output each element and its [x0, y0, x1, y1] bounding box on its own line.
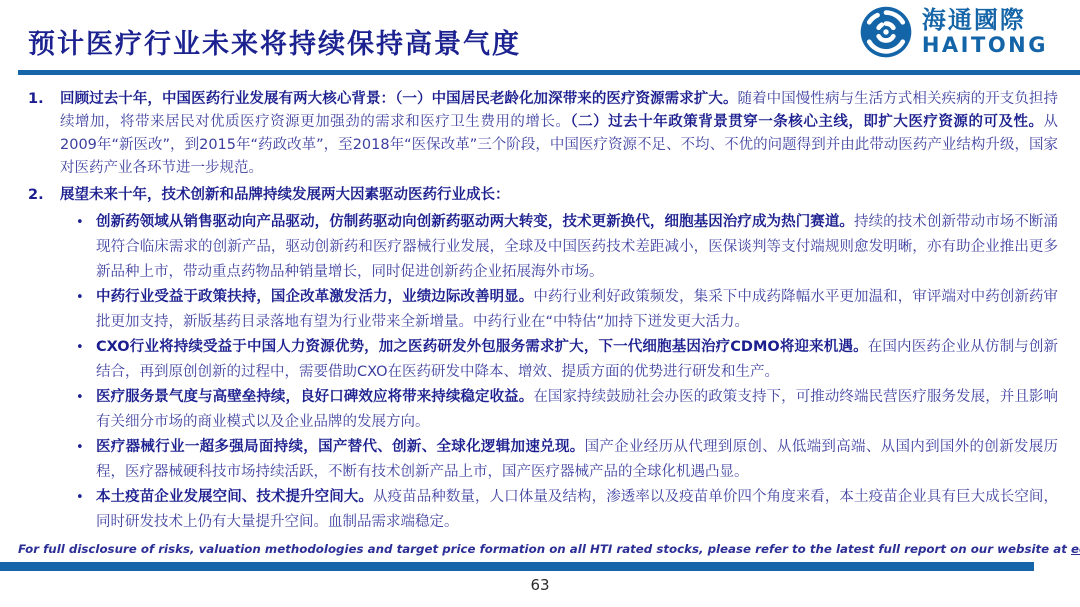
item-body: 展望未来十年，技术创新和品牌持续发展两大因素驱动医药行业成长：•创新药领域从销售…	[60, 184, 1058, 535]
bottom-accent-bar	[0, 562, 1034, 571]
text-segment-bold: 展望未来十年，技术创新和品牌持续发展两大因素驱动医药行业成长：	[60, 187, 510, 203]
text-segment-bold: 医疗服务景气度与高壁垒持续，良好口碑效应将带来持续稳定收益。	[96, 389, 533, 405]
bullet-list: •创新药领域从销售驱动向产品驱动，仿制药驱动向创新药驱动两大转变，技术更新换代，…	[60, 210, 1058, 535]
title-underline-rule	[18, 70, 1080, 75]
item-number: 2.	[28, 184, 60, 535]
page-title: 预计医疗行业未来将持续保持高景气度	[28, 22, 521, 61]
bullet-text: 医疗器械行业一超多强局面持续，国产替代、创新、全球化逻辑加速兑现。国产企业经历从…	[96, 435, 1058, 485]
body-outline: 1.回顾过去十年，中国医药行业发展有两大核心背景：（一）中国居民老龄化加深带来的…	[28, 88, 1058, 539]
bullet-marker-icon: •	[60, 335, 96, 385]
text-segment-bold: （二）过去十年政策背景贯穿一条核心主线，即扩大医疗资源的可及性。	[570, 114, 1043, 130]
bullet-text: 中药行业受益于政策扶持，国企改革激发活力，业绩边际改善明显。中药行业利好政策频发…	[96, 285, 1058, 335]
slide: 预计医疗行业未来将持续保持高景气度 海通國際 HAITONG 1.回顾过去十年，…	[0, 0, 1080, 607]
logo-english-name: HAITONG	[922, 34, 1048, 56]
bullet-marker-icon: •	[60, 285, 96, 335]
bullet-item: •创新药领域从销售驱动向产品驱动，仿制药驱动向创新药驱动两大转变，技术更新换代，…	[60, 210, 1058, 285]
text-segment-bold: 回顾过去十年，中国医药行业发展有两大核心背景：（一）中国居民老龄化加深带来的医疗…	[60, 91, 738, 107]
outline-item: 2.展望未来十年，技术创新和品牌持续发展两大因素驱动医药行业成长：•创新药领域从…	[28, 184, 1058, 535]
bullet-item: •中药行业受益于政策扶持，国企改革激发活力，业绩边际改善明显。中药行业利好政策频…	[60, 285, 1058, 335]
bullet-marker-icon: •	[60, 485, 96, 535]
item-body: 回顾过去十年，中国医药行业发展有两大核心背景：（一）中国居民老龄化加深带来的医疗…	[60, 88, 1058, 180]
bullet-item: •本土疫苗企业发展空间、技术提升空间大。从疫苗品种数量，人口体量及结构，渗透率以…	[60, 485, 1058, 535]
item-number: 1.	[28, 88, 60, 180]
bullet-marker-icon: •	[60, 210, 96, 285]
haitong-logo: 海通國際 HAITONG	[859, 5, 1048, 59]
disclosure-link[interactable]: equities.htisec.com	[1071, 542, 1080, 556]
disclosure-text: For full disclosure of risks, valuation …	[18, 542, 1071, 556]
bullet-text: 本土疫苗企业发展空间、技术提升空间大。从疫苗品种数量，人口体量及结构，渗透率以及…	[96, 485, 1058, 535]
text-segment-bold: CXO行业将持续受益于中国人力资源优势，加之医药研发外包服务需求扩大，下一代细胞…	[96, 339, 868, 355]
item-text: 展望未来十年，技术创新和品牌持续发展两大因素驱动医药行业成长：	[60, 184, 1058, 207]
haitong-logo-icon	[859, 5, 913, 59]
page-number: 63	[0, 576, 1080, 594]
bullet-item: •医疗服务景气度与高壁垒持续，良好口碑效应将带来持续稳定收益。在国家持续鼓励社会…	[60, 385, 1058, 435]
bullet-marker-icon: •	[60, 385, 96, 435]
outline-item: 1.回顾过去十年，中国医药行业发展有两大核心背景：（一）中国居民老龄化加深带来的…	[28, 88, 1058, 180]
text-segment-bold: 医疗器械行业一超多强局面持续，国产替代、创新、全球化逻辑加速兑现。	[96, 439, 585, 455]
text-segment-bold: 创新药领域从销售驱动向产品驱动，仿制药驱动向创新药驱动两大转变，技术更新换代，细…	[96, 214, 854, 230]
text-segment-bold: 本土疫苗企业发展空间、技术提升空间大。	[96, 489, 373, 505]
disclosure-footer: For full disclosure of risks, valuation …	[18, 542, 1058, 556]
item-text: 回顾过去十年，中国医药行业发展有两大核心背景：（一）中国居民老龄化加深带来的医疗…	[60, 88, 1058, 180]
logo-wordmark: 海通國際 HAITONG	[922, 8, 1048, 55]
bullet-text: 医疗服务景气度与高壁垒持续，良好口碑效应将带来持续稳定收益。在国家持续鼓励社会办…	[96, 385, 1058, 435]
bullet-text: 创新药领域从销售驱动向产品驱动，仿制药驱动向创新药驱动两大转变，技术更新换代，细…	[96, 210, 1058, 285]
bullet-item: •CXO行业将持续受益于中国人力资源优势，加之医药研发外包服务需求扩大，下一代细…	[60, 335, 1058, 385]
bullet-text: CXO行业将持续受益于中国人力资源优势，加之医药研发外包服务需求扩大，下一代细胞…	[96, 335, 1058, 385]
logo-chinese-name: 海通國際	[922, 8, 1048, 33]
bullet-marker-icon: •	[60, 435, 96, 485]
bullet-item: •医疗器械行业一超多强局面持续，国产替代、创新、全球化逻辑加速兑现。国产企业经历…	[60, 435, 1058, 485]
text-segment-bold: 中药行业受益于政策扶持，国企改革激发活力，业绩边际改善明显。	[96, 289, 533, 305]
